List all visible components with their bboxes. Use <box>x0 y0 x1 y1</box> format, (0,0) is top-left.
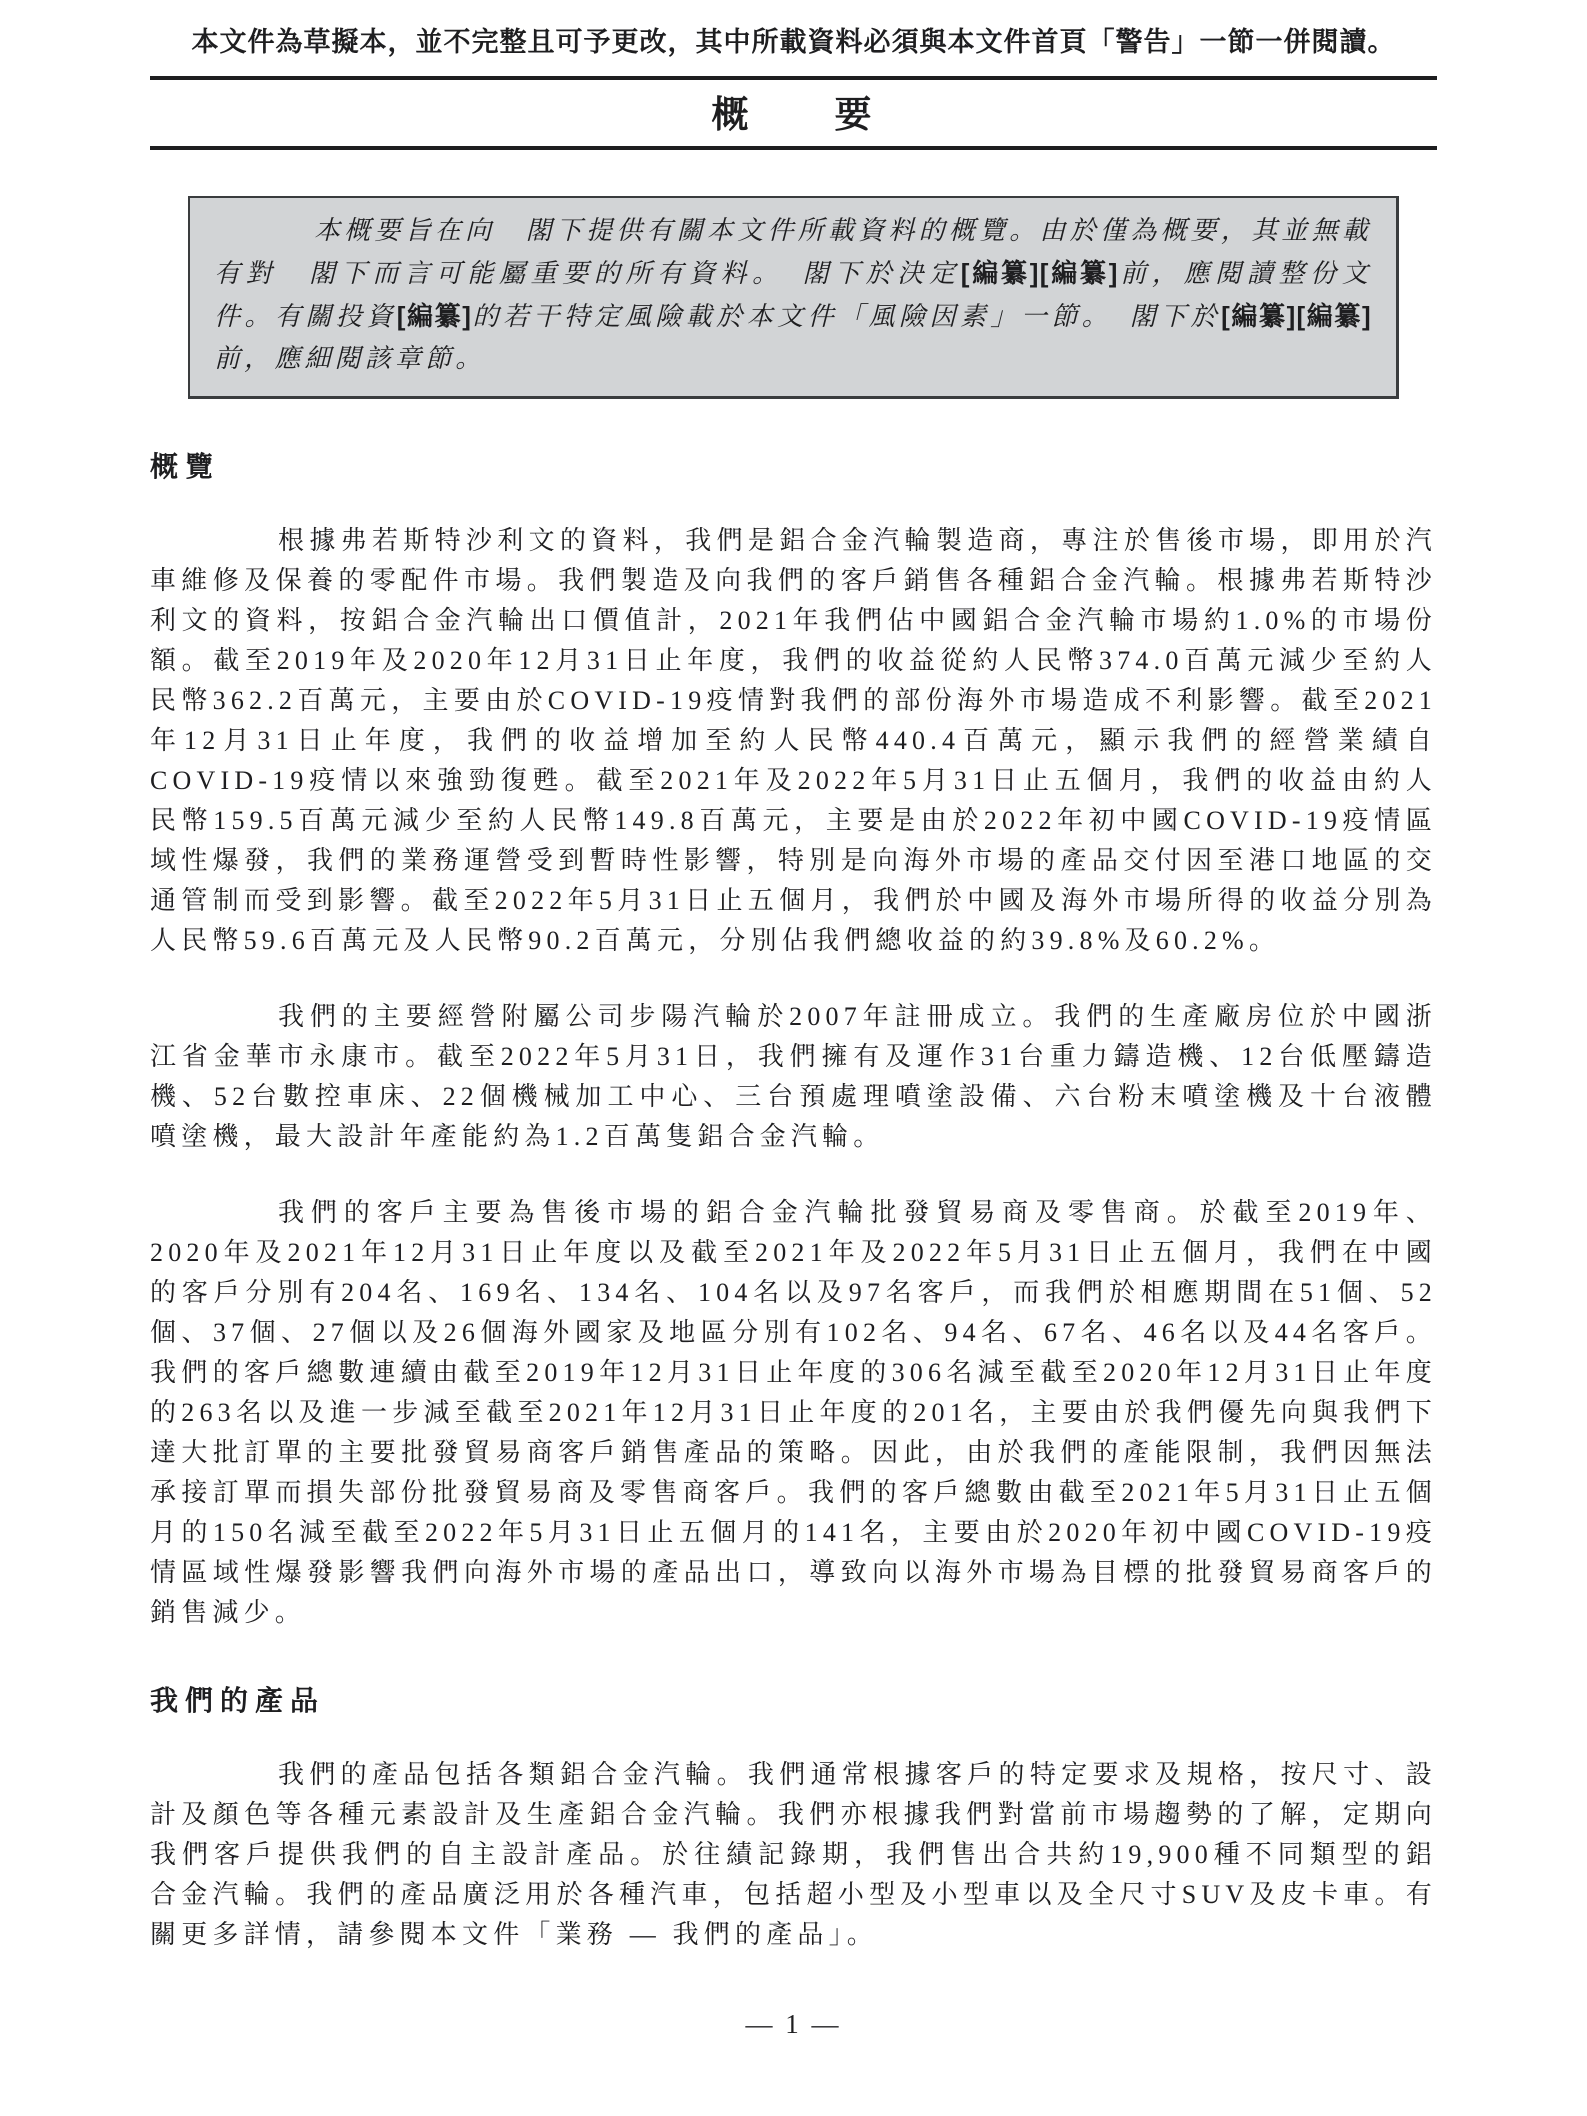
overview-paragraph-1: 根據弗若斯特沙利文的資料，我們是鋁合金汽輪製造商，專注於售後市場，即用於汽車維修… <box>150 521 1437 961</box>
prospectus-summary-page: 本文件為草擬本，並不完整且可予更改，其中所載資料必須與本文件首頁「警告」一節一併… <box>0 0 1587 2116</box>
title-divider-rule <box>150 146 1437 150</box>
draft-disclaimer-text: 本文件為草擬本，並不完整且可予更改，其中所載資料必須與本文件首頁「警告」一節一併… <box>150 24 1437 60</box>
summary-notice-text: 本概要旨在向 閣下提供有關本文件所載資料的概覽。由於僅為概要，其並無載有對 閣下… <box>214 210 1372 380</box>
top-divider-rule <box>150 76 1437 80</box>
page-title: 概 要 <box>150 92 1437 138</box>
overview-paragraph-2: 我們的主要經營附屬公司步陽汽輪於2007年註冊成立。我們的生產廠房位於中國浙江省… <box>150 997 1437 1157</box>
products-paragraph-1: 我們的產品包括各類鋁合金汽輪。我們通常根據客戶的特定要求及規格，按尺寸、設計及顏… <box>150 1755 1437 1955</box>
overview-paragraph-3: 我們的客戶主要為售後市場的鋁合金汽輪批發貿易商及零售商。於截至2019年、202… <box>150 1193 1437 1633</box>
section-heading-overview: 概覽 <box>150 449 1437 485</box>
summary-notice-box: 本概要旨在向 閣下提供有關本文件所載資料的概覽。由於僅為概要，其並無載有對 閣下… <box>188 196 1399 399</box>
section-heading-products: 我們的產品 <box>150 1683 1437 1719</box>
page-number: — 1 — <box>0 2009 1587 2040</box>
